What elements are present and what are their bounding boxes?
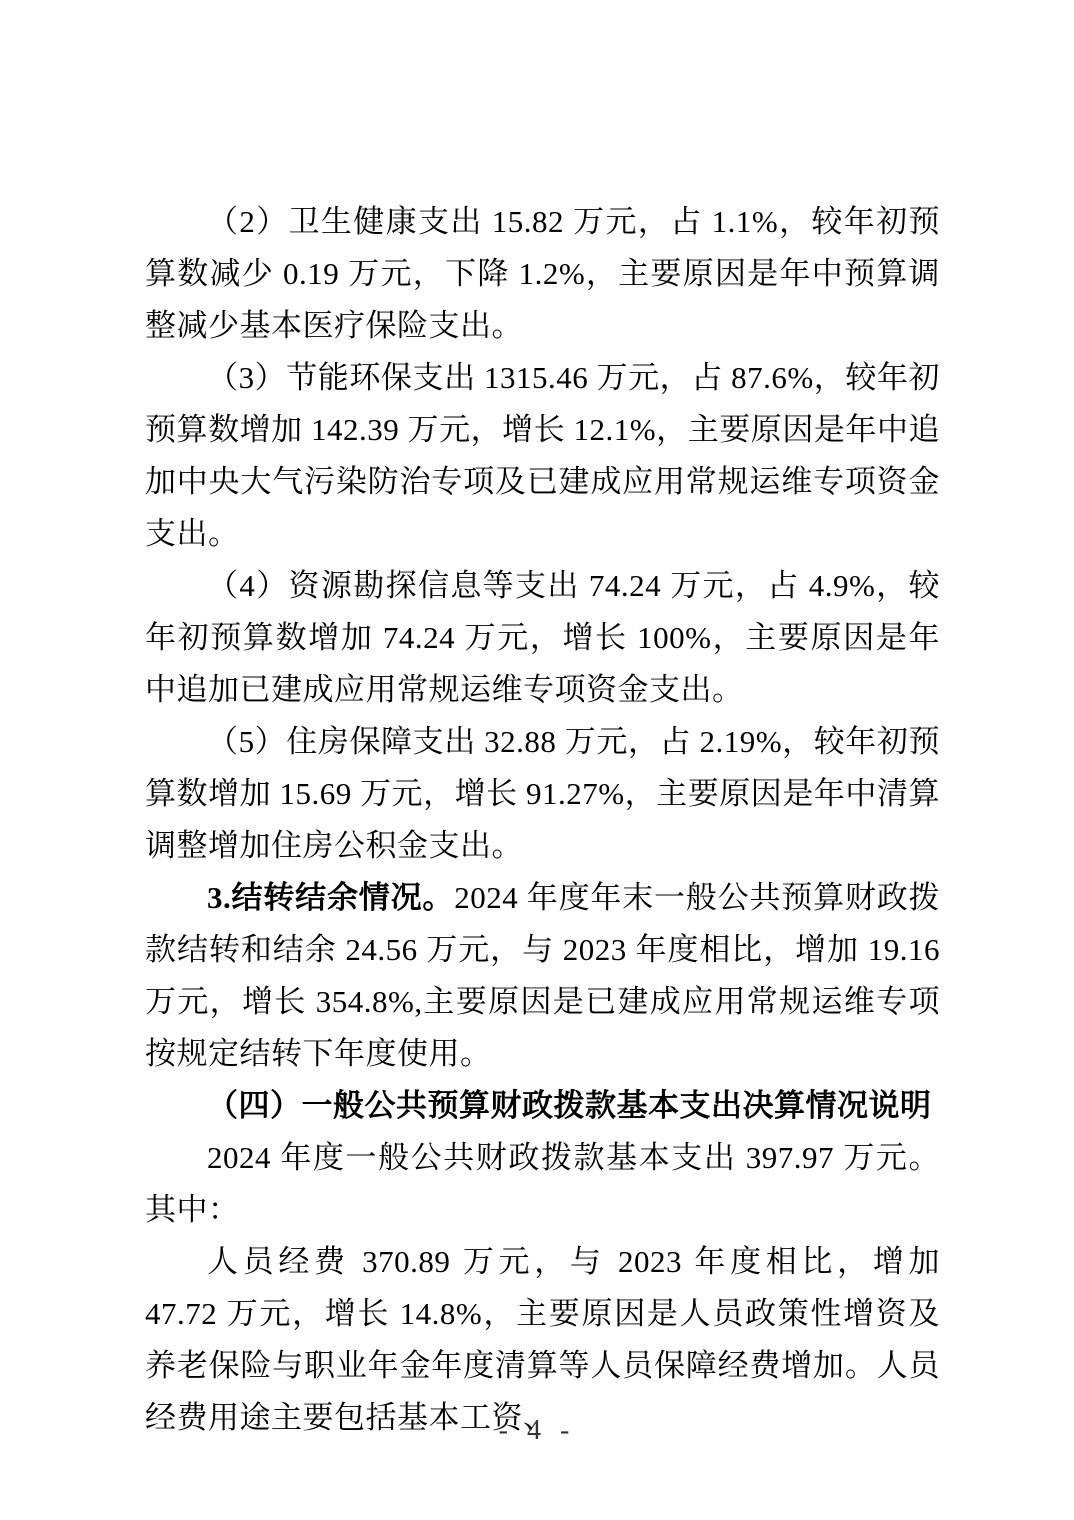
page-number: - 4 - [0, 1415, 1074, 1447]
paragraph: （3）节能环保支出 1315.46 万元，占 87.6%，较年初预算数增加 14… [145, 352, 940, 560]
paragraph-text: （5）住房保障支出 32.88 万元，占 2.19%，较年初预算数增加 15.6… [145, 724, 940, 863]
paragraph-text: （4）资源勘探信息等支出 74.24 万元，占 4.9%，较年初预算数增加 74… [145, 568, 940, 707]
paragraph-text: （3）节能环保支出 1315.46 万元，占 87.6%，较年初预算数增加 14… [145, 360, 940, 551]
paragraph-text: 人员经费 370.89 万元，与 2023 年度相比，增加 47.72 万元，增… [145, 1244, 940, 1435]
paragraph: （5）住房保障支出 32.88 万元，占 2.19%，较年初预算数增加 15.6… [145, 716, 940, 872]
paragraph: 2024 年度一般公共财政拨款基本支出 397.97 万元。其中： [145, 1132, 940, 1236]
paragraph: 人员经费 370.89 万元，与 2023 年度相比，增加 47.72 万元，增… [145, 1236, 940, 1444]
paragraph-heading-text: （四）一般公共预算财政拨款基本支出决算情况说明 [207, 1088, 932, 1123]
paragraph: （四）一般公共预算财政拨款基本支出决算情况说明 [145, 1080, 940, 1132]
paragraph: （2）卫生健康支出 15.82 万元，占 1.1%，较年初预算数减少 0.19 … [145, 196, 940, 352]
paragraph-text: （2）卫生健康支出 15.82 万元，占 1.1%，较年初预算数减少 0.19 … [145, 204, 940, 343]
document-body: （2）卫生健康支出 15.82 万元，占 1.1%，较年初预算数减少 0.19 … [145, 196, 940, 1444]
paragraph: 3.结转结余情况。2024 年度年末一般公共预算财政拨款结转和结余 24.56 … [145, 872, 940, 1080]
paragraph-text: 2024 年度一般公共财政拨款基本支出 397.97 万元。其中： [145, 1140, 940, 1227]
paragraph: （4）资源勘探信息等支出 74.24 万元，占 4.9%，较年初预算数增加 74… [145, 560, 940, 716]
document-page: （2）卫生健康支出 15.82 万元，占 1.1%，较年初预算数减少 0.19 … [0, 0, 1074, 1520]
paragraph-heading-text: 3.结转结余情况。 [207, 880, 454, 915]
